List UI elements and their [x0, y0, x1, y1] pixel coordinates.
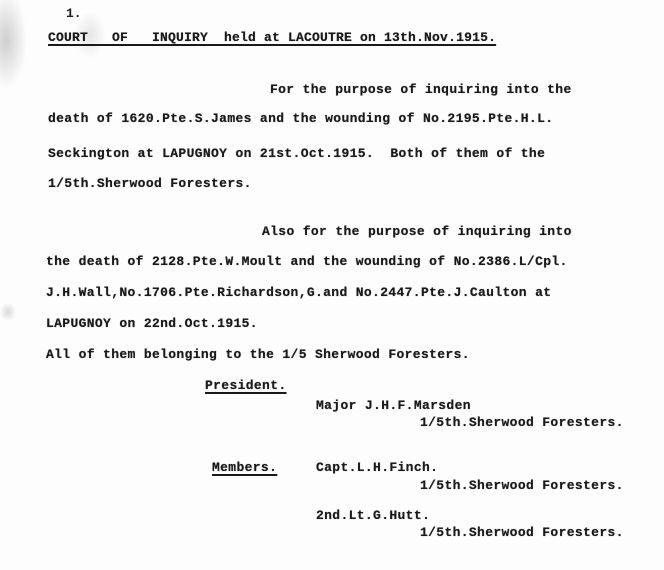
member-1-name: Capt.L.H.Finch. — [316, 460, 438, 476]
member-2-unit: 1/5th.Sherwood Foresters. — [420, 525, 624, 541]
paragraph1-line2: death of 1620.Pte.S.James and the woundi… — [48, 111, 553, 127]
president-name: Major J.H.F.Marsden — [316, 398, 471, 414]
members-heading: Members. — [212, 460, 277, 476]
member-2-name: 2nd.Lt.G.Hutt. — [316, 508, 430, 524]
paragraph1-line4: 1/5th.Sherwood Foresters. — [48, 176, 252, 192]
member-1-unit: 1/5th.Sherwood Foresters. — [420, 478, 624, 494]
corner-mark: 1. — [66, 6, 82, 21]
president-unit: 1/5th.Sherwood Foresters. — [420, 415, 624, 431]
paragraph2-line4: LAPUGNOY on 22nd.Oct.1915. — [46, 316, 258, 332]
paragraph1-line1: For the purpose of inquiring into the — [270, 82, 572, 98]
document-page: 1. COURT OF INQUIRY held at LACOUTRE on … — [0, 0, 664, 570]
paragraph1-line3: Seckington at LAPUGNOY on 21st.Oct.1915.… — [48, 146, 545, 162]
president-heading: President. — [205, 378, 287, 394]
document-title: COURT OF INQUIRY held at LACOUTRE on 13t… — [48, 30, 496, 46]
paragraph2-line5: All of them belonging to the 1/5 Sherwoo… — [46, 347, 470, 363]
paragraph2-line3: J.H.Wall,No.1706.Pte.Richardson,G.and No… — [46, 285, 551, 301]
paragraph2-line2: the death of 2128.Pte.W.Moult and the wo… — [46, 254, 568, 270]
paragraph2-line1: Also for the purpose of inquiring into — [262, 224, 572, 240]
